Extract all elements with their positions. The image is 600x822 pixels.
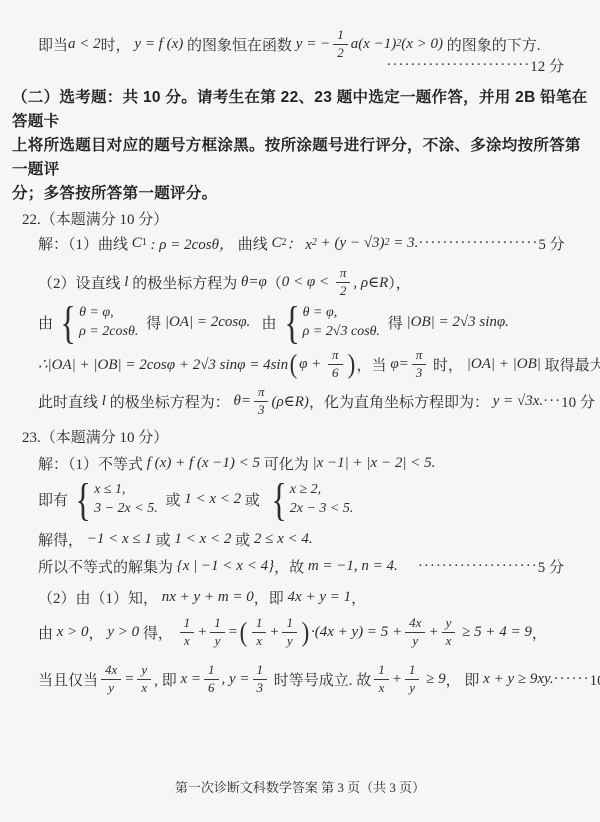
math-segment: nx + y + m = 0	[162, 589, 254, 606]
text-segment: ），	[388, 272, 411, 293]
math-segment: |OA| + |OB|	[467, 356, 541, 373]
q22-systems-line: 由 { θ = φ, ρ = 2cosθ. 得 |OA| = 2cosφ. 由 …	[0, 303, 600, 342]
fraction: 1y	[210, 616, 225, 649]
numerator: 1	[405, 663, 420, 680]
note-line: 分；多答按所答第一题评分。	[12, 182, 588, 206]
score-label: 10 分	[561, 391, 595, 412]
math-segment: +	[392, 671, 402, 688]
denominator: 2	[340, 283, 347, 299]
math-segment: −1 < x ≤ 1	[87, 531, 152, 548]
text-segment: 时，	[101, 34, 135, 55]
math-segment: θ=	[233, 393, 251, 410]
q22-heading: 22.（本题满分 10 分）	[0, 208, 600, 229]
text-segment: ， 即	[446, 669, 484, 690]
denominator: 3	[416, 365, 423, 381]
math-segment: C	[271, 235, 281, 252]
fraction: 12	[333, 28, 348, 61]
cases-brace: {	[284, 303, 299, 342]
text-segment: 或	[152, 529, 175, 550]
cases-row: 2x − 3 < 5.	[290, 501, 354, 517]
denominator: 6	[208, 680, 215, 696]
score-label: 10 分	[590, 669, 600, 690]
big-paren-open: (	[290, 351, 298, 378]
numerator: 4x	[405, 616, 425, 633]
math-segment: y = −	[296, 36, 330, 53]
math-segment: x > 0	[57, 624, 89, 641]
fraction: yx	[442, 616, 456, 649]
numerator: y	[442, 616, 456, 633]
fraction: yx	[137, 663, 151, 696]
cases-brace: {	[60, 303, 75, 342]
denominator: y	[108, 680, 114, 696]
big-paren-open: (	[240, 619, 248, 646]
math-segment: = 3.	[390, 235, 419, 252]
math-segment: 1 < x < 2	[174, 531, 231, 548]
math-segment: φ=	[390, 356, 408, 373]
cases-group: { θ = φ, ρ = 2cosθ.	[57, 303, 138, 342]
math-segment: (4x + y) = 5 +	[315, 624, 402, 641]
cases-row: θ = φ,	[303, 305, 380, 321]
text-segment: 解：（1）不等式	[38, 453, 147, 474]
fraction: 13	[253, 663, 268, 696]
big-paren-close: )	[302, 619, 310, 646]
math-segment: y = √3x.	[493, 393, 543, 410]
numerator: π	[336, 266, 351, 283]
text-segment: 时等号成立. 故	[270, 669, 371, 690]
q22-conclusion-line: 此时直线 l 的极坐标方程为： θ= π3 (ρ∈R) ，化为直角坐标方程即为：…	[0, 385, 600, 418]
fraction: 1y	[405, 663, 420, 696]
score-label: 5 分	[538, 556, 564, 577]
fraction: 1y	[282, 616, 297, 649]
math-segment: C	[132, 235, 142, 252]
text-segment: 的极坐标方程为：	[106, 391, 234, 412]
cases-row: θ = φ,	[79, 305, 138, 321]
text-segment: 此时直线	[38, 391, 102, 412]
dots-leader: ···	[543, 393, 561, 410]
numerator: π	[412, 348, 427, 365]
math-segment: (ρ∈R)	[271, 392, 308, 411]
fraction: π6	[328, 348, 343, 381]
denominator: 2	[337, 45, 344, 61]
text-segment: 取得最大值，	[541, 354, 600, 375]
math-segment: 4x + y = 1	[288, 589, 352, 606]
cases-group: { x ≤ 1, 3 − 2x < 5.	[72, 480, 158, 519]
section-note: （二）选考题：共 10 分。请考生在第 22、23 题中选定一题作答，并用 2B…	[0, 86, 600, 206]
text-segment: ，	[89, 622, 108, 643]
q23-part1-line: 解：（1）不等式 f (x) + f (x −1) < 5 可化为 |x −1|…	[0, 453, 600, 474]
fraction: 1x	[180, 616, 195, 649]
numerator: 1	[374, 663, 389, 680]
text-segment: 由	[38, 622, 57, 643]
denominator: y	[409, 680, 415, 696]
text-segment: 曲线	[238, 233, 272, 254]
text-segment: 当且仅当	[38, 669, 98, 690]
text-segment: ，当	[357, 354, 391, 375]
q23-equality-condition-line: 当且仅当 4xy = yx , 即 x = 16 , y = 13 时等号成立.…	[0, 663, 600, 696]
text-segment: 时，	[429, 354, 467, 375]
dots-leader: ························	[386, 57, 530, 74]
cases-rows: θ = φ, ρ = 2√3 cosθ.	[303, 305, 380, 340]
text-segment: ，即	[254, 587, 288, 608]
cases-rows: x ≥ 2, 2x − 3 < 5.	[290, 482, 354, 517]
cases-row: x ≥ 2,	[290, 482, 354, 498]
text-segment: ，	[532, 622, 547, 643]
text-segment: 可化为	[260, 453, 313, 474]
math-segment: a(x −1)	[351, 36, 397, 53]
cases-group: { θ = φ, ρ = 2√3 cosθ.	[281, 303, 380, 342]
text-segment: 的图象恒在函数	[183, 34, 296, 55]
math-segment: m = −1, n = 4.	[308, 558, 398, 575]
denominator: y	[287, 633, 293, 649]
note-line: （二）选考题：共 10 分。请考生在第 22、23 题中选定一题作答，并用 2B…	[12, 86, 588, 134]
text-segment: 得	[142, 312, 165, 333]
q23-inequality-line: 由 x > 0 ， y > 0 得， 1x + 1y = ( 1x + 1y )…	[0, 616, 600, 649]
text-segment: 得，	[139, 622, 177, 643]
cases-rows: x ≤ 1, 3 − 2x < 5.	[94, 482, 158, 517]
dots-leader: ····················	[418, 558, 538, 575]
math-segment: x =	[180, 671, 201, 688]
text-segment: （2）设直线	[38, 272, 124, 293]
math-segment: f (x) + f (x −1) < 5	[147, 455, 260, 472]
fraction: 4xy	[405, 616, 425, 649]
fraction: 4xy	[101, 663, 121, 696]
q23-part2-intro-line: （2）由（1）知， nx + y + m = 0 ，即 4x + y = 1 ，	[0, 587, 600, 608]
math-segment: (x > 0)	[401, 36, 443, 53]
question-heading-text: 23.（本题满分 10 分）	[22, 426, 168, 447]
text-segment: 由	[250, 312, 276, 333]
denominator: x	[256, 633, 262, 649]
numerator: π	[328, 348, 343, 365]
page-footer: 第一次诊断文科数学答案 第 3 页（共 3 页）	[0, 777, 600, 796]
q23-solve-line: 解得， −1 < x ≤ 1 或 1 < x < 2 或 2 ≤ x < 4.	[0, 529, 600, 550]
math-segment: +	[269, 624, 279, 641]
math-segment: ≥ 9	[422, 671, 445, 688]
math-segment: |OB| = 2√3 sinφ.	[407, 314, 509, 331]
numerator: 1	[333, 28, 348, 45]
math-segment: , ρ∈R	[353, 273, 388, 292]
fraction: π2	[336, 266, 351, 299]
text-segment: ，故	[274, 556, 308, 577]
text-segment: （	[267, 272, 282, 293]
q22-part1-line: 解：（1）曲线 C 1 : ρ = 2cosθ， 曲线 C 2 ： x 2 + …	[0, 233, 600, 254]
math-segment: +	[428, 624, 438, 641]
dots-leader: ····················	[418, 235, 538, 252]
text-segment: 解：（1）曲线	[38, 233, 132, 254]
text-segment: 解得，	[38, 529, 87, 550]
math-segment: θ=φ	[241, 274, 267, 291]
text-segment: 或	[241, 489, 264, 510]
text-segment: 得	[384, 312, 407, 333]
math-segment: ∴|OA| + |OB| = 2cosφ + 2√3 sinφ = 4sin	[38, 355, 288, 374]
text-segment: 即当	[38, 34, 68, 55]
text-segment: 的极坐标方程为	[128, 272, 241, 293]
cases-row: ρ = 2√3 cosθ.	[303, 324, 380, 340]
q23-solution-set-line: 所以不等式的解集为 {x | −1 < x < 4} ，故 m = −1, n …	[0, 556, 600, 577]
q22-part2-line: （2）设直线 l 的极坐标方程为 θ=φ （ 0 < φ < π2 , ρ∈R …	[0, 266, 600, 299]
math-segment: =	[124, 671, 134, 688]
math-segment: + (y − √3)	[317, 235, 385, 252]
text-segment: 所以不等式的解集为	[38, 556, 177, 577]
text-segment: 由	[38, 312, 53, 333]
text-segment: 即有	[38, 489, 68, 510]
denominator: x	[141, 680, 147, 696]
text-segment: 的图象的下方.	[443, 34, 541, 55]
denominator: 3	[258, 402, 265, 418]
denominator: y	[215, 633, 221, 649]
math-segment: : ρ = 2cosθ，	[147, 233, 238, 254]
math-segment: |OA| = 2cosφ.	[165, 314, 250, 331]
denominator: x	[446, 633, 452, 649]
numerator: 4x	[101, 663, 121, 680]
numerator: 1	[210, 616, 225, 633]
denominator: 6	[332, 365, 339, 381]
math-segment: ： x	[287, 233, 312, 254]
text-segment: （2）由（1）知，	[38, 587, 162, 608]
cases-brace: {	[75, 480, 90, 519]
math-segment: y > 0	[107, 624, 139, 641]
math-segment: φ +	[299, 356, 325, 373]
score-label: 5 分	[538, 233, 564, 254]
text-segment: 或	[162, 489, 185, 510]
q23-heading: 23.（本题满分 10 分）	[0, 426, 600, 447]
numerator: π	[254, 385, 269, 402]
cases-rows: θ = φ, ρ = 2cosθ.	[79, 305, 138, 340]
denominator: 3	[257, 680, 264, 696]
numerator: 1	[180, 616, 195, 633]
fraction: 1x	[374, 663, 389, 696]
text-segment: ，化为直角坐标方程即为：	[309, 391, 493, 412]
denominator: y	[412, 633, 418, 649]
fraction: 16	[204, 663, 219, 696]
question-heading-text: 22.（本题满分 10 分）	[22, 208, 168, 229]
numerator: y	[137, 663, 151, 680]
math-segment: 0 < φ <	[282, 274, 333, 291]
q23-cases-line: 即有 { x ≤ 1, 3 − 2x < 5. 或 1 < x < 2 或 { …	[0, 480, 600, 519]
math-segment: {x | −1 < x < 4}	[177, 558, 274, 575]
cases-brace: {	[271, 480, 286, 519]
numerator: 1	[204, 663, 219, 680]
math-segment: y = f (x)	[134, 36, 183, 53]
cases-row: 3 − 2x < 5.	[94, 501, 158, 517]
math-segment: x + y ≥ 9xy.	[483, 671, 553, 688]
big-paren-close: )	[347, 351, 355, 378]
text-segment: , 即	[154, 669, 180, 690]
math-segment: , y =	[222, 671, 250, 688]
denominator: x	[379, 680, 385, 696]
math-segment: a < 2	[68, 36, 101, 53]
cases-row: ρ = 2cosθ.	[79, 324, 138, 340]
fraction: 1x	[252, 616, 267, 649]
math-segment: =	[228, 624, 238, 641]
numerator: 1	[253, 663, 268, 680]
numerator: 1	[282, 616, 297, 633]
fraction: π3	[254, 385, 269, 418]
denominator: x	[184, 633, 190, 649]
q22-sum-line: ∴|OA| + |OB| = 2cosφ + 2√3 sinφ = 4sin (…	[0, 348, 600, 381]
score-label: 12 分	[530, 55, 564, 76]
dots-leader: ······	[554, 671, 590, 688]
text-segment: 或	[231, 529, 254, 550]
cases-group: { x ≥ 2, 2x − 3 < 5.	[268, 480, 354, 519]
math-segment: 1 < x < 2	[184, 491, 241, 508]
answer-sheet-page: 即当 a < 2 时， y = f (x) 的图象恒在函数 y = − 12 a…	[0, 0, 600, 822]
math-segment: ≥ 5 + 4 = 9	[458, 624, 531, 641]
math-segment: 2 ≤ x < 4.	[254, 531, 313, 548]
math-segment: |x −1| + |x − 2| < 5.	[313, 455, 436, 472]
score-line-12: ························ 12 分	[0, 55, 600, 76]
fraction: π3	[412, 348, 427, 381]
note-line: 上将所选题目对应的题号方框涂黑。按所涂题号进行评分，不涂、多涂均按所答第一题评	[12, 134, 588, 182]
numerator: 1	[252, 616, 267, 633]
cases-row: x ≤ 1,	[94, 482, 158, 498]
text-segment: ，	[351, 587, 366, 608]
math-segment: +	[197, 624, 207, 641]
